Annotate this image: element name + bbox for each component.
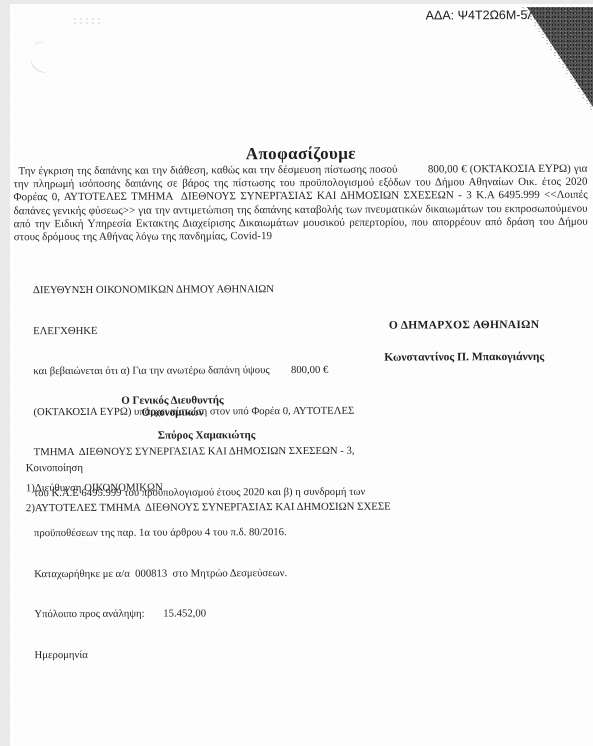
- document-content: ΑΔΑ: Ψ4Τ2Ω6Μ-5Λ Αποφασίζουμε Την έγκριση…: [9, 3, 593, 746]
- mayor-signature-block: Ο ΔΗΜΑΡΧΟΣ ΑΘΗΝΑΙΩΝ Κωνσταντίνος Π. Μπακ…: [378, 319, 550, 364]
- scanned-document-page: ΑΔΑ: Ψ4Τ2Ω6Μ-5Λ Αποφασίζουμε Την έγκριση…: [10, 4, 593, 746]
- mayor-title: Ο ΔΗΜΑΡΧΟΣ ΑΘΗΝΑΙΩΝ: [378, 319, 550, 332]
- director-name: Σπύρος Χαμακιώτης: [153, 429, 261, 441]
- verification-line-checked: ΕΛΕΓΧΘΗΚΕ: [33, 323, 365, 338]
- verification-line: ΤΜΗΜΑ ΔΙΕΘΝΟΥΣ ΣΥΝΕΡΓΑΣΙΑΣ ΚΑΙ ΔΗΜΟΣΙΩΝ …: [34, 445, 366, 460]
- verification-line-registry: Καταχωρήθηκε με α/α 000813 στο Μητρώο Δε…: [34, 566, 366, 581]
- notification-recipient: 2)ΑΥΤΟΤΕΛΕΣ ΤΜΗΜΑ ΔΙΕΘΝΟΥΣ ΣΥΝΕΡΓΑΣΙΑΣ Κ…: [26, 501, 391, 516]
- notification-recipient: 1)Διεύθυνση ΟΙΚΟΝΟΜΙΚΩΝ: [26, 481, 391, 496]
- verification-line: προϋποθέσεων της παρ. 1α του άρθρου 4 το…: [34, 526, 366, 541]
- verification-line-date: Ημερομηνία: [35, 647, 367, 662]
- director-title: Ο Γενικός Διευθυντής Οικονομικών: [104, 394, 240, 419]
- verification-line: και βεβαιώνεται ότι α) Για την ανωτέρω δ…: [33, 364, 365, 379]
- ada-code: ΑΔΑ: Ψ4Τ2Ω6Μ-5Λ: [426, 8, 536, 22]
- verification-line-balance: Υπόλοιπο προς ανάληψη: 15.452,00: [34, 607, 366, 622]
- decision-paragraph: Την έγκριση της δαπάνης και την διάθεση,…: [13, 163, 587, 245]
- notification-label: Κοινοποίηση: [26, 461, 391, 476]
- mayor-name: Κωνσταντίνος Π. Μπακογιάννης: [378, 351, 550, 364]
- notification-block: Κοινοποίηση 1)Διεύθυνση ΟΙΚΟΝΟΜΙΚΩΝ 2)ΑΥ…: [26, 461, 391, 523]
- decision-heading: Αποφασίζουμε: [9, 143, 592, 166]
- verification-line-directorate: ΔΙΕΥΘΥΝΣΗ ΟΙΚΟΝΟΜΙΚΩΝ ΔΗΜΟΥ ΑΘΗΝΑΙΩΝ: [33, 283, 365, 298]
